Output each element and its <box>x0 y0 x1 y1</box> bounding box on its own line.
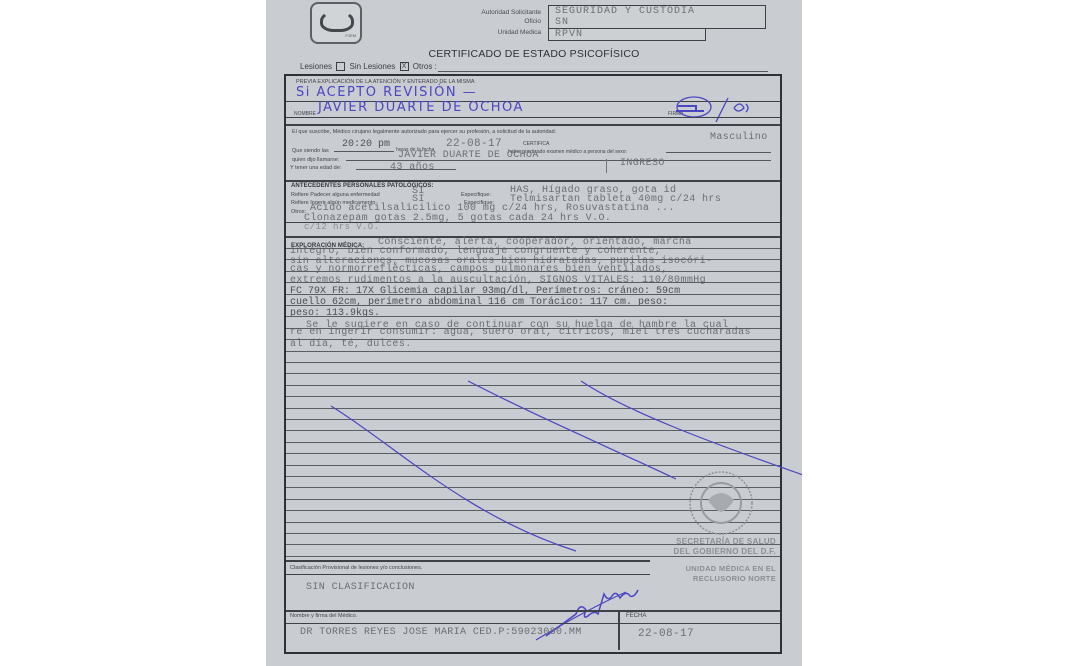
lesiones-label: Lesiones <box>300 62 332 71</box>
national-seal-icon <box>686 468 756 538</box>
stamp-line-2: DEL GOBIERNO DEL D.F. <box>606 547 776 556</box>
unidad-medica-label: Unidad Medica <box>441 29 541 36</box>
form-body: PREVIA EXPLICACIÓN DE LA ATENCIÓN Y ENTE… <box>284 74 782 654</box>
oficio-field: SN <box>548 17 766 29</box>
fecha-medico-value: 22-08-17 <box>638 628 694 640</box>
clasificacion-label: Clasificación Provisional de lesiones y/… <box>290 565 422 571</box>
clasificacion-value: SIN CLASIFICACION <box>306 582 415 593</box>
sin-lesiones-label: Sin Lesiones <box>350 62 396 71</box>
lesiones-checkbox[interactable] <box>336 62 345 71</box>
scanned-certificate-page: PJEM Autoridad Solicitante Oficio Unidad… <box>266 0 802 666</box>
autoridad-label: Autoridad Solicitante <box>441 9 541 16</box>
medico-value: DR TORRES REYES JOSE MARIA CED.P:5902308… <box>300 627 582 638</box>
institution-logo-icon: PJEM <box>310 2 362 44</box>
fecha-medico-label: FECHA <box>626 613 646 619</box>
stamp-line-1: SECRETARÍA DE SALUD <box>606 537 776 546</box>
lesiones-row: Lesiones Sin Lesiones X Otros : <box>300 62 437 71</box>
oficio-label: Oficio <box>441 18 541 25</box>
document-title: CERTIFICADO DE ESTADO PSICOFÍSICO <box>266 48 802 60</box>
sin-lesiones-checkbox[interactable]: X <box>400 62 409 71</box>
stamp-line-3: UNIDAD MÉDICA EN EL <box>606 564 776 573</box>
unidad-medica-field: RPVN <box>548 29 706 41</box>
medico-label: Nombre y firma del Médico. <box>290 613 357 619</box>
otros-label: Otros : <box>413 62 437 71</box>
